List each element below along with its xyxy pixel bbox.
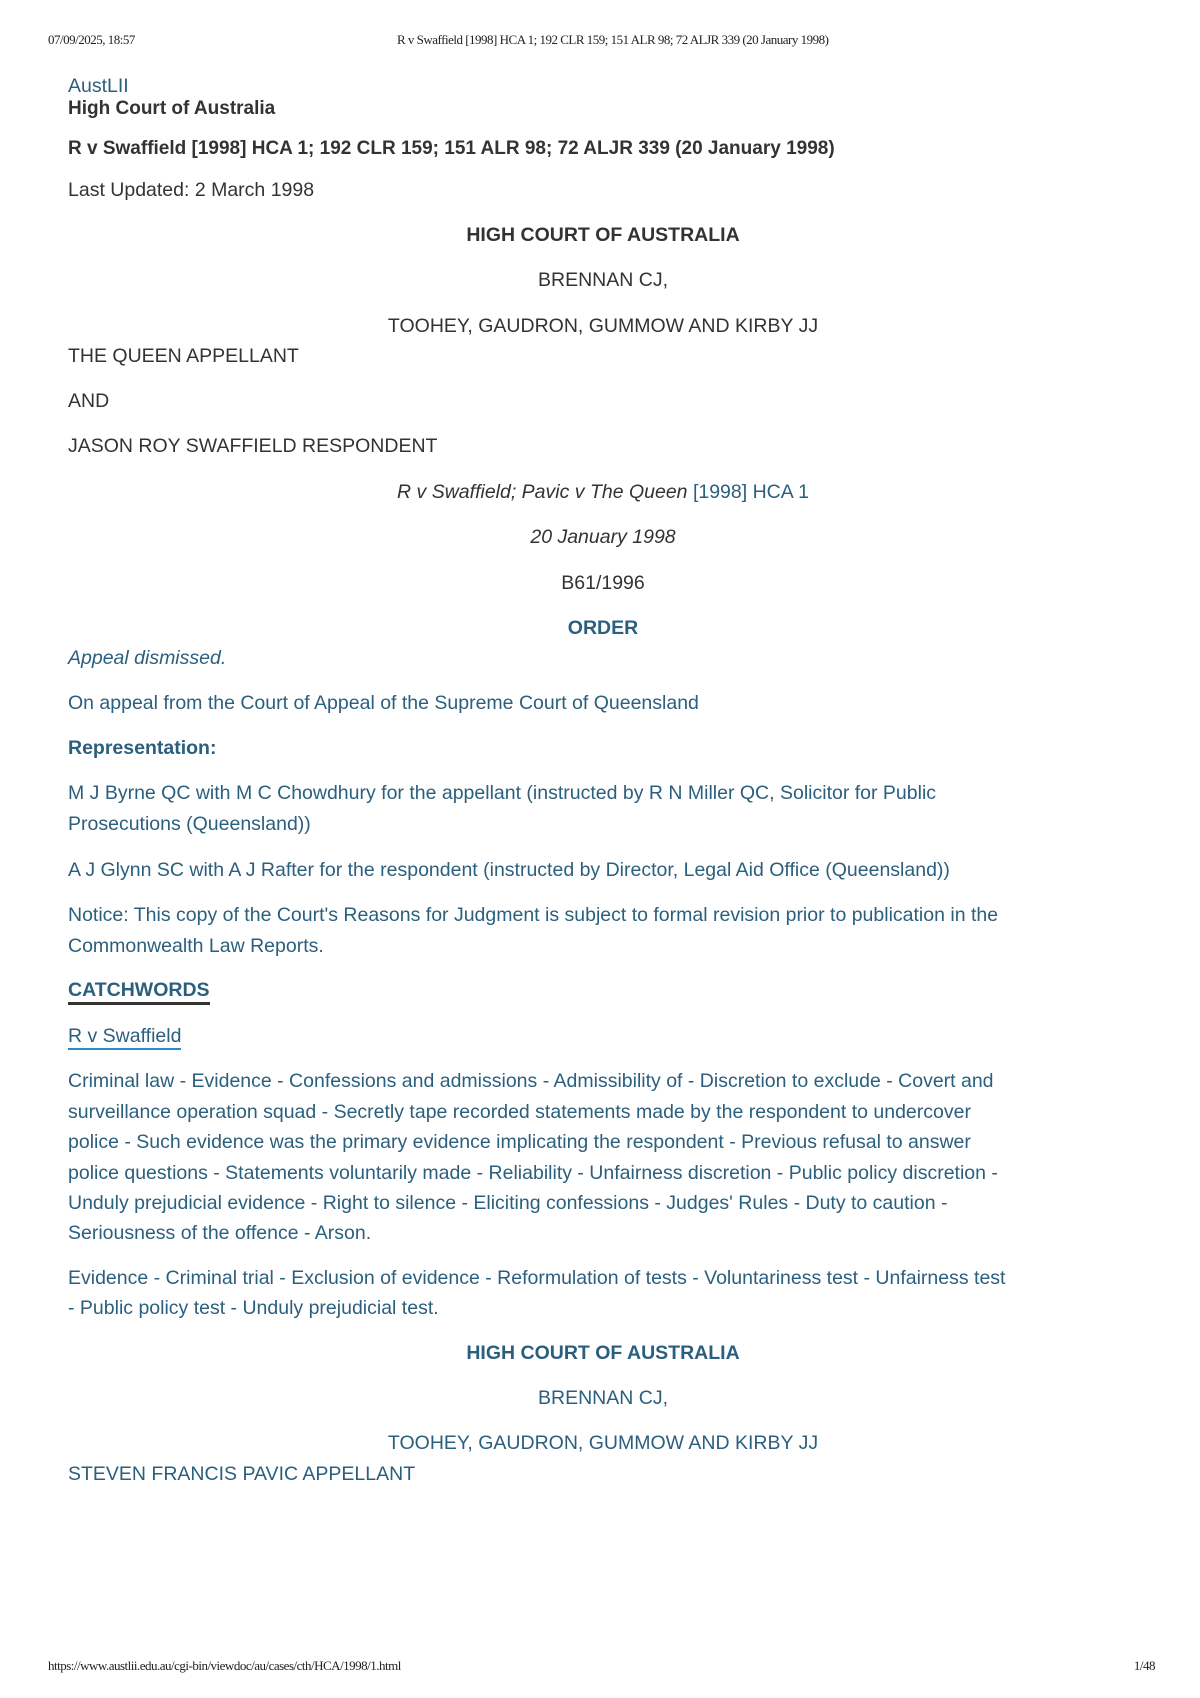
print-url: https://www.austlii.edu.au/cgi-bin/viewd… [48, 1658, 401, 1674]
chief-justice-2: BRENNAN CJ, [68, 1382, 1138, 1415]
order-text: Appeal dismissed. [68, 642, 226, 675]
citation-names: R v Swaffield; Pavic v The Queen [397, 481, 687, 503]
notice-line-2: Commonwealth Law Reports. [68, 930, 324, 963]
catchwords-p1-line: surveillance operation squad - Secretly … [68, 1096, 971, 1129]
print-page-number: 1/48 [1134, 1658, 1155, 1674]
catchwords-p1-line: police questions - Statements voluntaril… [68, 1157, 998, 1190]
case-title: R v Swaffield [1998] HCA 1; 192 CLR 159;… [68, 132, 835, 165]
catchwords-case-link[interactable]: R v Swaffield [68, 1024, 181, 1050]
appeal-from: On appeal from the Court of Appeal of th… [68, 687, 699, 720]
notice-line-1: Notice: This copy of the Court's Reasons… [68, 899, 998, 932]
citation-link[interactable]: [1998] HCA 1 [693, 481, 809, 503]
order-heading: ORDER [68, 612, 1138, 645]
catchwords-link[interactable]: CATCHWORDS [68, 978, 210, 1005]
catchwords-p1-line: police - Such evidence was the primary e… [68, 1126, 971, 1159]
respondent: JASON ROY SWAFFIELD RESPONDENT [68, 430, 437, 463]
chief-justice: BRENNAN CJ, [68, 264, 1138, 297]
representation-heading: Representation: [68, 732, 216, 765]
judgment-date: 20 January 1998 [68, 521, 1138, 554]
representation-appellant: M J Byrne QC with M C Chowdhury for the … [68, 777, 936, 810]
court-heading-2: HIGH COURT OF AUSTRALIA [68, 1337, 1138, 1370]
catchwords-p2-line: - Public policy test - Unduly prejudicia… [68, 1292, 439, 1325]
appellant: THE QUEEN APPELLANT [68, 340, 299, 373]
and-separator: AND [68, 385, 109, 418]
catchwords-p1-line: Seriousness of the offence - Arson. [68, 1217, 371, 1250]
catchwords-case[interactable]: R v Swaffield [68, 1020, 181, 1053]
catchwords-p2-line: Evidence - Criminal trial - Exclusion of… [68, 1262, 1005, 1295]
representation-appellant-cont: Prosecutions (Queensland)) [68, 808, 311, 841]
representation-respondent: A J Glynn SC with A J Rafter for the res… [68, 854, 950, 887]
appellant-2: STEVEN FRANCIS PAVIC APPELLANT [68, 1458, 415, 1491]
last-updated: Last Updated: 2 March 1998 [68, 174, 314, 207]
print-doc-title: R v Swaffield [1998] HCA 1; 192 CLR 159;… [397, 32, 828, 48]
court-heading: HIGH COURT OF AUSTRALIA [68, 219, 1138, 252]
catchwords-p1-line: Criminal law - Evidence - Confessions an… [68, 1065, 994, 1098]
justices: TOOHEY, GAUDRON, GUMMOW AND KIRBY JJ [68, 310, 1138, 343]
file-number: B61/1996 [68, 567, 1138, 600]
court-name: High Court of Australia [68, 92, 275, 125]
justices-2: TOOHEY, GAUDRON, GUMMOW AND KIRBY JJ [68, 1427, 1138, 1460]
print-datetime: 07/09/2025, 18:57 [48, 32, 135, 48]
case-citation: R v Swaffield; Pavic v The Queen [1998] … [68, 476, 1138, 509]
catchwords-heading[interactable]: CATCHWORDS [68, 974, 210, 1007]
catchwords-p1-line: Unduly prejudicial evidence - Right to s… [68, 1187, 947, 1220]
